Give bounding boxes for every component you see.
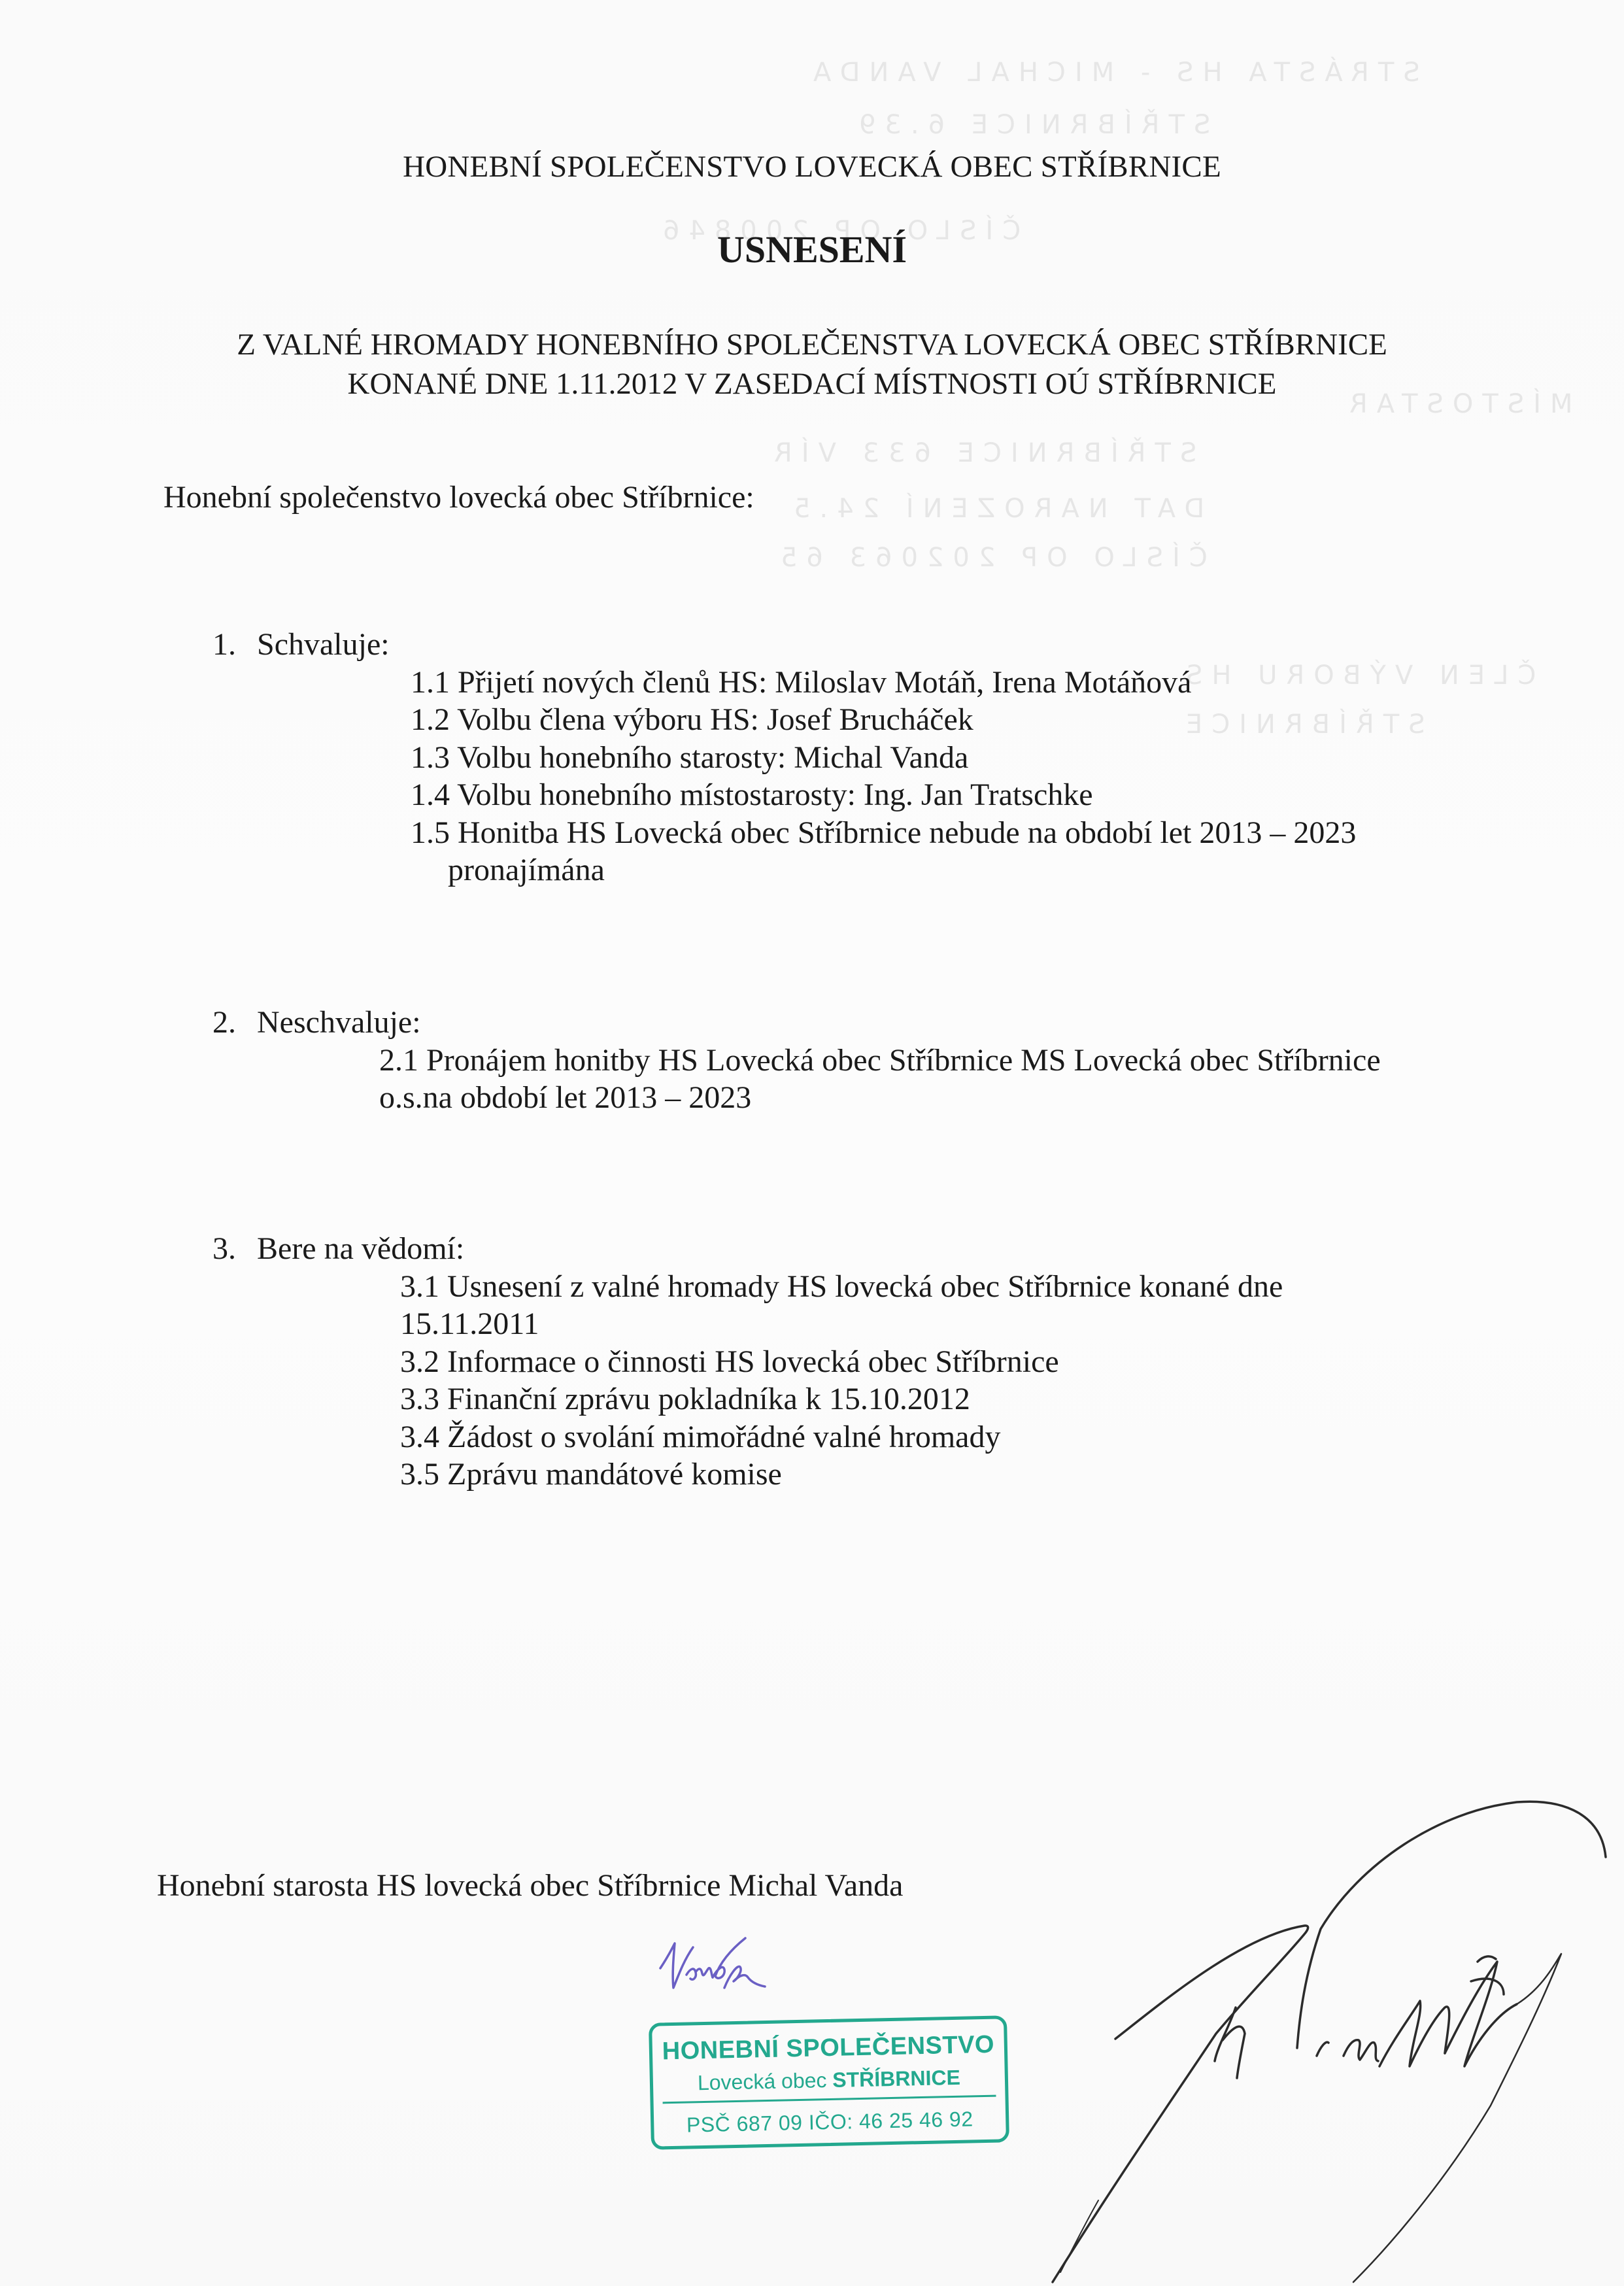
resolution-item: 3.4 Žádost o svolání mimořádné valné hro… — [400, 1419, 1000, 1455]
resolution-item: 3.3 Finanční zprávu pokladníka k 15.10.2… — [400, 1381, 970, 1417]
bleed-through-text: STŘÍBRNICE — [1177, 709, 1425, 740]
resolution-item-continuation: pronajímána — [448, 852, 605, 888]
signatory-line: Honební starosta HS lovecká obec Stříbrn… — [157, 1868, 903, 1903]
official-stamp: HONEBNÍ SPOLEČENSTVO Lovecká obec STŘÍBR… — [649, 2015, 1009, 2149]
stamp-line-3: PSČ 687 09 IČO: 46 25 46 92 — [659, 2107, 1001, 2138]
resolution-item: 3.1 Usnesení z valné hromady HS lovecká … — [400, 1269, 1283, 1305]
bleed-through-text: ČLEN VÝBORU HS — [1177, 660, 1536, 691]
stamp-line-2-name: STŘÍBRNICE — [832, 2066, 960, 2092]
handwritten-signature-large — [1046, 1766, 1624, 2286]
resolution-item: 1.2 Volbu člena výboru HS: Josef Brucháč… — [411, 702, 973, 738]
subheading-line-1: Z VALNÉ HROMADY HONEBNÍHO SPOLEČENSTVA L… — [0, 327, 1624, 362]
section-label: Bere na vědomí: — [257, 1231, 464, 1267]
section-label: Neschvaluje: — [257, 1004, 421, 1040]
organization-heading: HONEBNÍ SPOLEČENSTVO LOVECKÁ OBEC STŘÍBR… — [0, 149, 1624, 184]
resolution-item: 3.5 Zprávu mandátové komise — [400, 1456, 782, 1492]
bleed-through-text: ČÍSLO OP 202063 65 — [771, 543, 1208, 573]
bleed-through-text: STŘÍBRNICE 6.39 — [850, 110, 1210, 140]
scanned-page: STRÁSTA HS - MICHAL VANDA STŘÍBRNICE 6.3… — [0, 0, 1624, 2286]
bleed-through-text: STRÁSTA HS - MICHAL VANDA — [804, 58, 1420, 88]
stamp-line-2-prefix: Lovecká obec — [698, 2068, 827, 2094]
resolution-item-continuation: o.s.na období let 2013 – 2023 — [379, 1080, 751, 1116]
resolution-item: 1.1 Přijetí nových členů HS: Miloslav Mo… — [411, 664, 1191, 700]
section-number: 3. — [212, 1231, 236, 1267]
section-number: 1. — [212, 626, 236, 662]
resolution-item: 1.3 Volbu honebního starosty: Michal Van… — [411, 740, 968, 776]
resolution-item: 1.5 Honitba HS Lovecká obec Stříbrnice n… — [411, 815, 1356, 851]
handwritten-signature-small — [647, 1929, 830, 2007]
resolution-item: 2.1 Pronájem honitby HS Lovecká obec Stř… — [379, 1042, 1381, 1078]
bleed-through-text: STŘÍBRNICE 633 VÍR — [765, 438, 1196, 468]
subheading-line-2: KONANÉ DNE 1.11.2012 V ZASEDACÍ MÍSTNOST… — [0, 366, 1624, 401]
resolution-item: 3.2 Informace o činnosti HS lovecká obec… — [400, 1344, 1059, 1380]
stamp-divider — [663, 2095, 996, 2104]
stamp-line-1: HONEBNÍ SPOLEČENSTVO — [658, 2031, 1000, 2066]
section-label: Schvaluje: — [257, 626, 390, 662]
resolution-item: 1.4 Volbu honebního místostarosty: Ing. … — [411, 777, 1093, 813]
stamp-line-2: Lovecká obec STŘÍBRNICE — [658, 2065, 1000, 2096]
resolution-item-continuation: 15.11.2011 — [400, 1306, 539, 1342]
bleed-through-text: DAT NAROZENÍ 24.5 — [785, 494, 1204, 524]
intro-text: Honební společenstvo lovecká obec Stříbr… — [163, 479, 754, 515]
document-title: USNESENÍ — [0, 228, 1624, 271]
section-number: 2. — [212, 1004, 236, 1040]
